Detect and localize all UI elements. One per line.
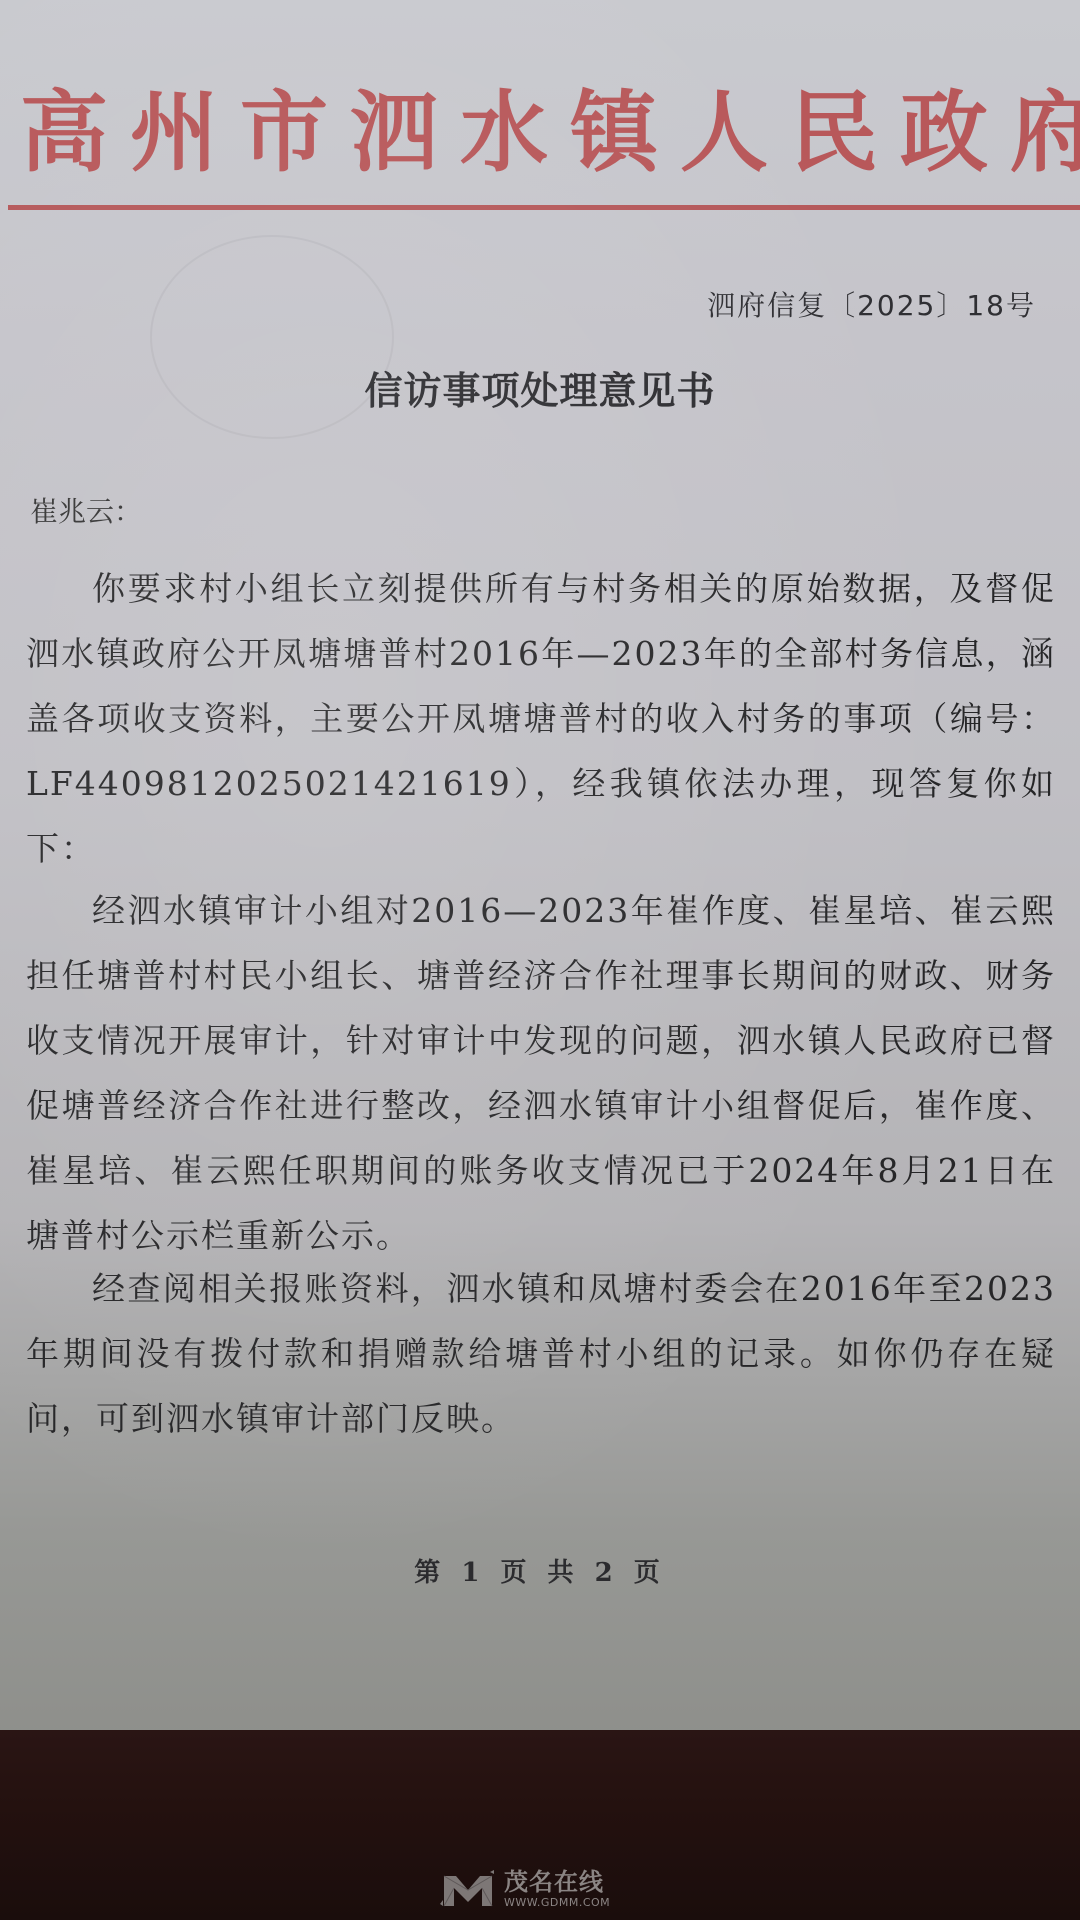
letterhead-issuer: 高州市泗水镇人民政府 <box>20 88 1080 176</box>
gdmm-m-logo-icon <box>440 1870 496 1908</box>
document-title: 信访事项处理意见书 <box>0 360 1080 415</box>
site-watermark: 茂名在线 WWW.GDMM.COM <box>440 1870 610 1908</box>
watermark-site-url: WWW.GDMM.COM <box>504 1897 610 1908</box>
watermark-site-name: 茂名在线 <box>504 1870 610 1894</box>
letterhead-red-rule <box>8 205 1080 210</box>
paragraph-records-conclusion: 经查阅相关报账资料，泗水镇和凤塘村委会在2016年至2023年期间没有拨付款和捐… <box>26 1256 1056 1451</box>
page-indicator: 第 1 页 共 2 页 <box>0 1552 1080 1589</box>
salutation: 崔兆云： <box>30 490 142 530</box>
document-paper: 高州市泗水镇人民政府 泗府信复〔2025〕18号 信访事项处理意见书 崔兆云： … <box>0 0 1080 1742</box>
reference-number: 泗府信复〔2025〕18号 <box>707 284 1036 324</box>
paragraph-request-summary: 你要求村小组长立刻提供所有与村务相关的原始数据，及督促泗水镇政府公开凤塘塘普村2… <box>26 556 1056 881</box>
paragraph-audit-result: 经泗水镇审计小组对2016—2023年崔作度、崔星培、崔云熙担任塘普村村民小组长… <box>26 878 1056 1268</box>
